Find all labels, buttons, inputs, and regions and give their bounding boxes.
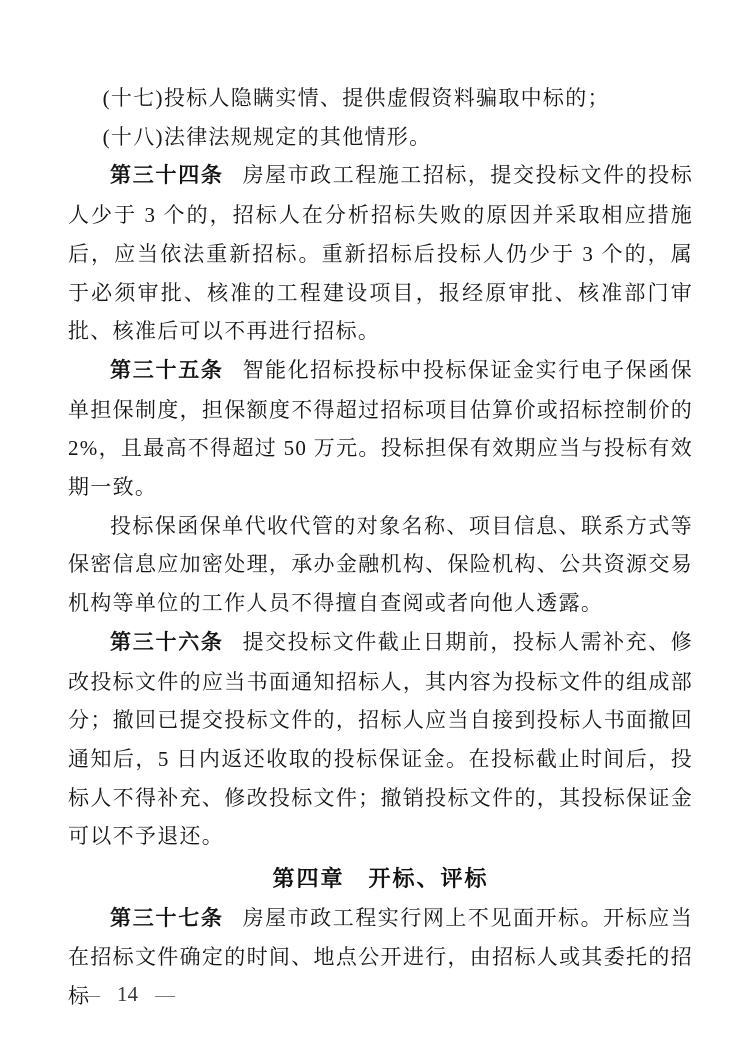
article-number-label: 第三十五条 <box>110 359 224 382</box>
article-34-paragraph: 第三十四条房屋市政工程施工招标，提交投标文件的投标人少于 3 个的，招标人在分析… <box>68 156 693 351</box>
article-number-label: 第三十七条 <box>110 907 224 930</box>
paragraph-text: 房屋市政工程施工招标，提交投标文件的投标人少于 3 个的，招标人在分析招标失败的… <box>68 163 693 343</box>
chapter-heading: 第四章 开标、评标 <box>68 860 693 899</box>
article-35-subparagraph: 投标保函保单代收代管的对象名称、项目信息、联系方式等保密信息应加密处理，承办金融… <box>68 507 693 623</box>
paragraph-text: 提交投标文件截止日期前，投标人需补充、修改投标文件的应当书面通知招标人，其内容为… <box>68 630 693 849</box>
article-number-label: 第三十四条 <box>110 164 224 187</box>
page-number: 14 <box>117 984 138 1005</box>
article-35-paragraph: 第三十五条智能化招标投标中投标保证金实行电子保函保单担保制度，担保额度不得超过招… <box>68 351 693 507</box>
footer-dash-left: — <box>80 985 100 1005</box>
list-item-18: (十八)法律法规规定的其他情形。 <box>68 118 693 157</box>
page-content: (十七)投标人隐瞒实情、提供虚假资料骗取中标的； (十八)法律法规规定的其他情形… <box>68 79 693 1016</box>
document-page: (十七)投标人隐瞒实情、提供虚假资料骗取中标的； (十八)法律法规规定的其他情形… <box>0 0 755 1055</box>
paragraph-text: (十八)法律法规规定的其他情形。 <box>103 125 432 149</box>
footer-dash-right: — <box>155 985 175 1005</box>
article-number-label: 第三十六条 <box>110 631 224 654</box>
paragraph-text: (十七)投标人隐瞒实情、提供虚假资料骗取中标的； <box>103 86 610 110</box>
page-footer: — 14 — <box>80 984 175 1005</box>
list-item-17: (十七)投标人隐瞒实情、提供虚假资料骗取中标的； <box>68 79 693 118</box>
article-36-paragraph: 第三十六条提交投标文件截止日期前，投标人需补充、修改投标文件的应当书面通知招标人… <box>68 623 693 856</box>
paragraph-text: 投标保函保单代收代管的对象名称、项目信息、联系方式等保密信息应加密处理，承办金融… <box>68 514 693 615</box>
